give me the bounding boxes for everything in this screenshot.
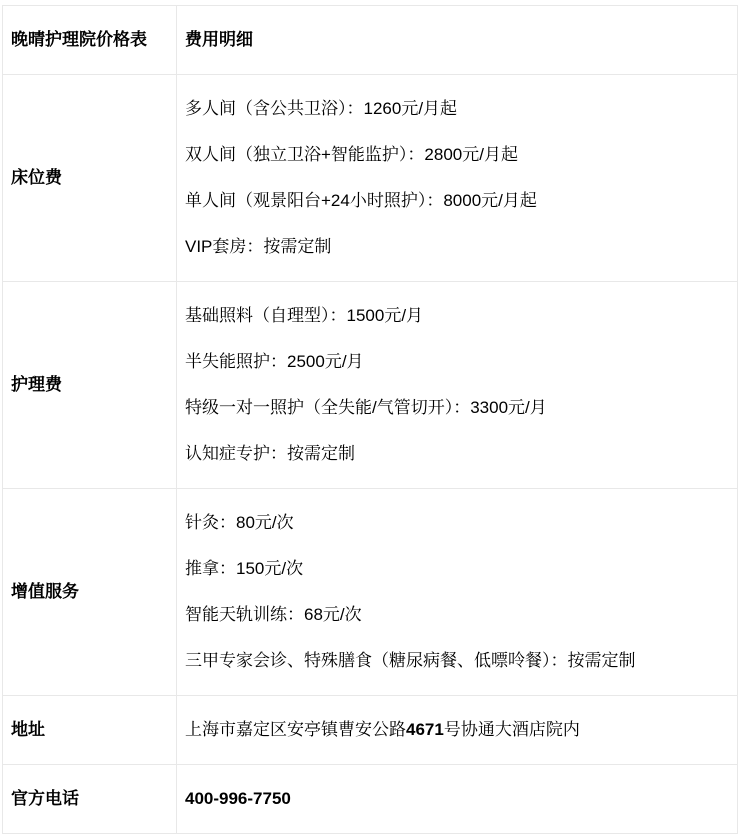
price-line: 智能天轨训练：68元/次 [185,601,729,629]
price-line-segment: 三甲专家会诊、特殊膳食（糖尿病餐、低嘌呤餐）：按需定制 [185,651,636,670]
price-line-segment: 智能天轨训练：68元/次 [185,605,362,624]
header-cell-detail: 费用明细 [177,6,738,75]
price-line-segment: 认知症专护：按需定制 [185,444,355,463]
price-line-segment: 多人间（含公共卫浴）：1260元/月起 [185,99,457,118]
price-line: 针灸：80元/次 [185,509,729,537]
row-label-cell: 官方电话 [3,765,177,834]
price-line: 认知症专护：按需定制 [185,440,729,468]
row-detail-cell: 多人间（含公共卫浴）：1260元/月起双人间（独立卫浴+智能监护）：2800元/… [177,75,738,282]
price-line: 三甲专家会诊、特殊膳食（糖尿病餐、低嘌呤餐）：按需定制 [185,647,729,675]
row-label: 床位费 [11,164,168,192]
price-line: VIP套房：按需定制 [185,233,729,261]
table-row: 地址上海市嘉定区安亭镇曹安公路4671号协通大酒店院内 [3,696,738,765]
price-table-body: 床位费多人间（含公共卫浴）：1260元/月起双人间（独立卫浴+智能监护）：280… [3,75,738,834]
price-line-segment: 单人间（观景阳台+24小时照护）：8000元/月起 [185,191,537,210]
table-row: 护理费基础照料（自理型）：1500元/月半失能照护：2500元/月特级一对一照护… [3,282,738,489]
price-table: 晚晴护理院价格表 费用明细 床位费多人间（含公共卫浴）：1260元/月起双人间（… [2,5,738,834]
price-line-segment: VIP套房：按需定制 [185,237,331,256]
table-title: 晚晴护理院价格表 [11,26,168,54]
table-row: 官方电话400-996-7750 [3,765,738,834]
row-detail-cell: 400-996-7750 [177,765,738,834]
price-line-segment: 针灸：80元/次 [185,513,294,532]
header-row: 晚晴护理院价格表 费用明细 [3,6,738,75]
page: 晚晴护理院价格表 费用明细 床位费多人间（含公共卫浴）：1260元/月起双人间（… [0,0,740,835]
row-label-cell: 护理费 [3,282,177,489]
table-row: 增值服务针灸：80元/次推拿：150元/次智能天轨训练：68元/次三甲专家会诊、… [3,489,738,696]
price-line-bold-segment: 4671 [406,720,444,739]
price-line-bold-segment: 400-996-7750 [185,789,291,808]
price-line: 上海市嘉定区安亭镇曹安公路4671号协通大酒店院内 [185,716,729,744]
price-line-segment: 半失能照护：2500元/月 [185,352,364,371]
price-line: 半失能照护：2500元/月 [185,348,729,376]
price-line-segment: 特级一对一照护（全失能/气管切开）：3300元/月 [185,398,547,417]
row-label-cell: 地址 [3,696,177,765]
header-cell-title: 晚晴护理院价格表 [3,6,177,75]
row-label: 地址 [11,716,168,744]
price-table-header: 晚晴护理院价格表 费用明细 [3,6,738,75]
row-label: 增值服务 [11,578,168,606]
row-detail-cell: 基础照料（自理型）：1500元/月半失能照护：2500元/月特级一对一照护（全失… [177,282,738,489]
price-line: 特级一对一照护（全失能/气管切开）：3300元/月 [185,394,729,422]
price-line: 多人间（含公共卫浴）：1260元/月起 [185,95,729,123]
price-line: 单人间（观景阳台+24小时照护）：8000元/月起 [185,187,729,215]
row-label: 官方电话 [11,785,168,813]
row-detail-cell: 针灸：80元/次推拿：150元/次智能天轨训练：68元/次三甲专家会诊、特殊膳食… [177,489,738,696]
row-label-cell: 床位费 [3,75,177,282]
price-line-segment: 号协通大酒店院内 [444,720,580,739]
table-row: 床位费多人间（含公共卫浴）：1260元/月起双人间（独立卫浴+智能监护）：280… [3,75,738,282]
price-line: 400-996-7750 [185,785,729,813]
row-label-cell: 增值服务 [3,489,177,696]
detail-column-title: 费用明细 [185,26,729,54]
row-detail-cell: 上海市嘉定区安亭镇曹安公路4671号协通大酒店院内 [177,696,738,765]
price-line: 基础照料（自理型）：1500元/月 [185,302,729,330]
price-line-segment: 双人间（独立卫浴+智能监护）：2800元/月起 [185,145,518,164]
price-line-segment: 上海市嘉定区安亭镇曹安公路 [185,720,406,739]
price-line: 推拿：150元/次 [185,555,729,583]
row-label: 护理费 [11,371,168,399]
price-line: 双人间（独立卫浴+智能监护）：2800元/月起 [185,141,729,169]
price-line-segment: 基础照料（自理型）：1500元/月 [185,306,423,325]
price-line-segment: 推拿：150元/次 [185,559,303,578]
